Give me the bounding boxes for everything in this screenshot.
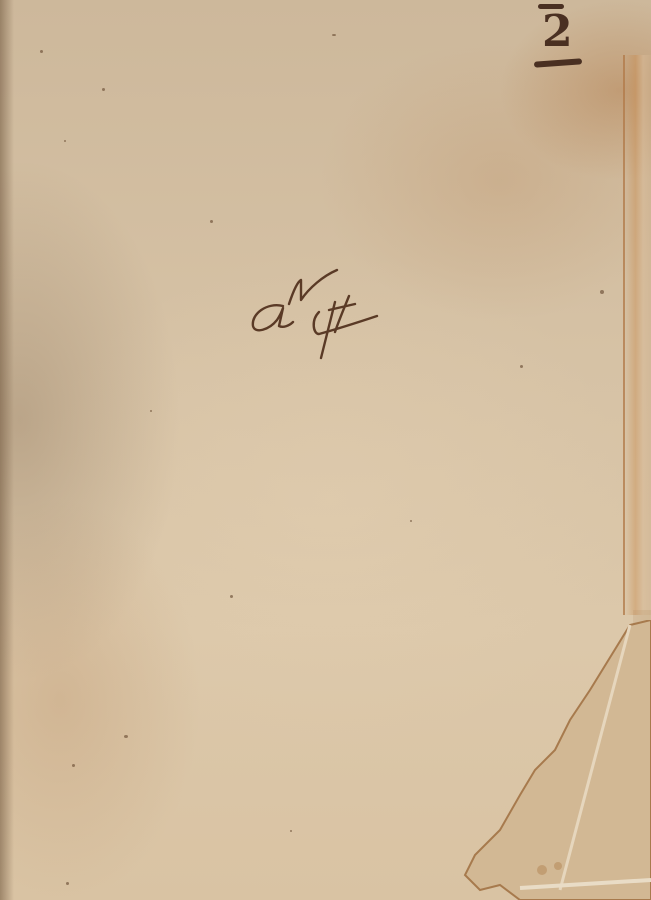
foxing-speck [72, 764, 75, 767]
corner-mark-underline [534, 58, 582, 67]
handwritten-inscription [245, 262, 385, 362]
foxing-speck [520, 365, 523, 368]
stained-right-edge [623, 55, 651, 615]
foxing-speck [66, 882, 69, 885]
foxing-speck [290, 830, 292, 832]
foxing-speck [410, 520, 412, 522]
foxing-speck [230, 595, 233, 598]
foxing-speck [124, 735, 128, 738]
foxing-speck [64, 140, 66, 142]
page-left-shadow [0, 0, 14, 900]
corner-page-number: 2 [532, 2, 592, 72]
foxing-speck [332, 34, 336, 36]
foxing-speck [210, 220, 213, 223]
foxing-speck [150, 410, 152, 412]
foxing-speck [40, 50, 43, 53]
corner-mark-number: 2 [542, 10, 573, 54]
foxing-speck [600, 290, 604, 294]
document-page: 2 a N° ff [0, 0, 651, 900]
torn-corner [460, 620, 651, 900]
foxing-speck [102, 88, 105, 91]
